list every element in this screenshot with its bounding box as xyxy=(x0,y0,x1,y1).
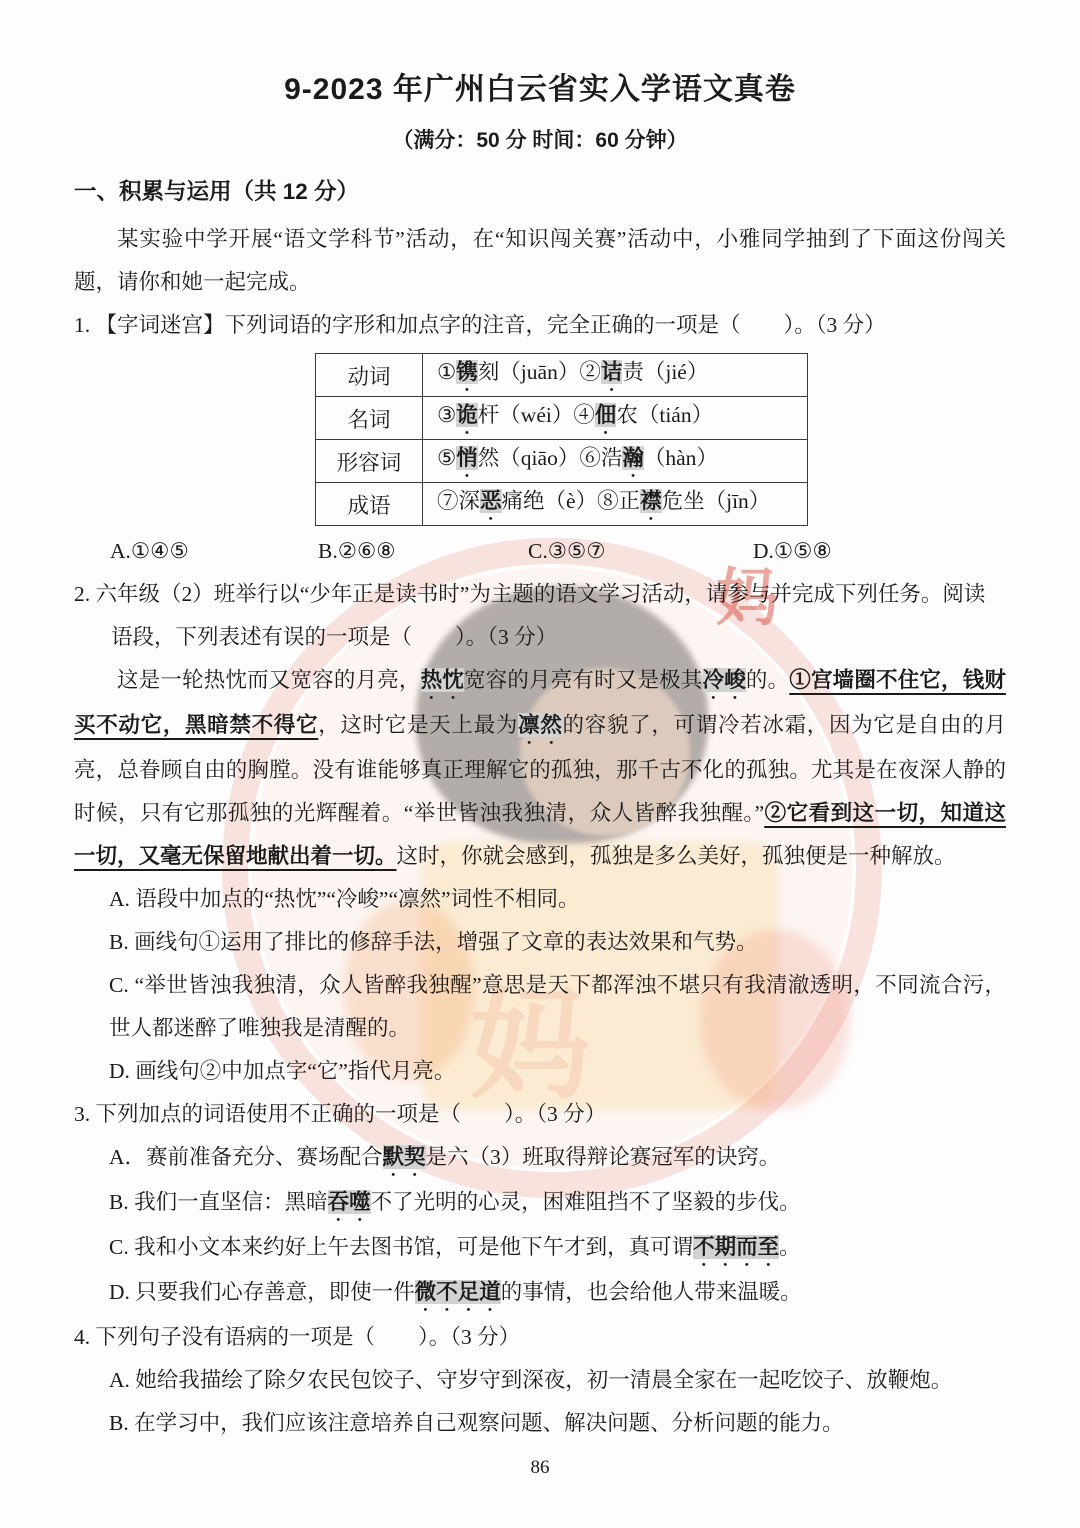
q2-option-a: A. 语段中加点的“热忱”“冷峻”“凛然”词性不相同。 xyxy=(74,878,1006,921)
table-row-nouns: 名词 ③诡杆（wéi）④佃农（tián） xyxy=(316,397,808,440)
exam-subtitle: （满分：50 分 时间：60 分钟） xyxy=(74,124,1006,154)
q2-passage: 这是一轮热忱而又宽容的月亮，热忱宽容的月亮有时又是极其冷峻的。①宫墙圈不住它，钱… xyxy=(74,659,1006,878)
q2-option-d: D. 画线句②中加点字“它”指代月亮。 xyxy=(74,1050,1006,1093)
q2-stem: 2. 六年级（2）班举行以“少年正是读书时”为主题的语文学习活动，请参与并完成下… xyxy=(74,573,1006,659)
q4-stem: 4. 下列句子没有语病的一项是（ ）。（3 分） xyxy=(74,1316,1006,1359)
q4-option-a: A. 她给我描绘了除夕农民包饺子、守岁守到深夜，初一清晨全家在一起吃饺子、放鞭炮… xyxy=(74,1359,1006,1402)
q1-option-c: C.③⑤⑦ xyxy=(528,530,606,573)
q3-option-b: B. 我们一直坚信：黑暗吞噬不了光明的心灵，困难阻挡不了坚毅的步伐。 xyxy=(74,1181,1006,1226)
section1-heading: 一、积累与运用（共 12 分） xyxy=(74,174,1006,206)
table-row-idioms: 成语 ⑦深恶痛绝（è）⑧正襟危坐（jīn） xyxy=(316,483,808,526)
exam-content: 9-2023 年广州白云省实入学语文真卷 （满分：50 分 时间：60 分钟） … xyxy=(0,0,1080,1479)
exam-title: 9-2023 年广州白云省实入学语文真卷 xyxy=(74,64,1006,108)
section1-intro: 某实验中学开展“语文学科节”活动，在“知识闯关赛”活动中，小雅同学抽到了下面这份… xyxy=(74,218,1006,304)
table-row-adjectives: 形容词 ⑤悄然（qiāo）⑥浩瀚（hàn） xyxy=(316,440,808,483)
q1-options-row: A.①④⑤ B.②⑥⑧ C.③⑤⑦ D.①⑤⑧ xyxy=(74,530,1006,573)
q3-option-d: D. 只要我们心存善意，即使一件微不足道的事情，也会给他人带来温暖。 xyxy=(74,1271,1006,1316)
q3-stem: 3. 下列加点的词语使用不正确的一项是（ ）。（3 分） xyxy=(74,1093,1006,1136)
row-content: ①镌刻（juān）②诘责（jié） xyxy=(423,354,808,397)
q3-option-c: C. 我和小文本来约好上午去图书馆，可是他下午才到，真可谓不期而至。 xyxy=(74,1226,1006,1271)
row-content: ③诡杆（wéi）④佃农（tián） xyxy=(423,397,808,440)
q1-option-d: D.①⑤⑧ xyxy=(753,530,832,573)
row-content: ⑤悄然（qiāo）⑥浩瀚（hàn） xyxy=(423,440,808,483)
q2-option-b: B. 画线句①运用了排比的修辞手法，增强了文章的表达效果和气势。 xyxy=(74,921,1006,964)
q1-stem: 1. 【字词迷宫】下列词语的字形和加点字的注音，完全正确的一项是（ ）。（3 分… xyxy=(74,304,1006,347)
exam-page: 妈 妈 9-2023 年广州白云省实入学语文真卷 （满分：50 分 时间：60 … xyxy=(0,0,1080,1528)
q4-option-b: B. 在学习中，我们应该注意培养自己观察问题、解决问题、分析问题的能力。 xyxy=(74,1402,1006,1445)
q1-word-table: 动词 ①镌刻（juān）②诘责（jié） 名词 ③诡杆（wéi）④佃农（tián… xyxy=(315,353,808,526)
table-row-verbs: 动词 ①镌刻（juān）②诘责（jié） xyxy=(316,354,808,397)
row-label: 名词 xyxy=(316,397,423,440)
row-label: 成语 xyxy=(316,483,423,526)
row-label: 形容词 xyxy=(316,440,423,483)
q2-option-c: C. “举世皆浊我独清，众人皆醉我独醒”意思是天下都浑浊不堪只有我清澈透明，不同… xyxy=(74,964,1006,1050)
row-label: 动词 xyxy=(316,354,423,397)
page-number: 86 xyxy=(74,1457,1006,1479)
q1-option-a: A.①④⑤ xyxy=(110,530,189,573)
q1-option-b: B.②⑥⑧ xyxy=(318,530,396,573)
row-content: ⑦深恶痛绝（è）⑧正襟危坐（jīn） xyxy=(423,483,808,526)
q3-option-a: A．赛前准备充分、赛场配合默契是六（3）班取得辩论赛冠军的诀窍。 xyxy=(74,1136,1006,1181)
